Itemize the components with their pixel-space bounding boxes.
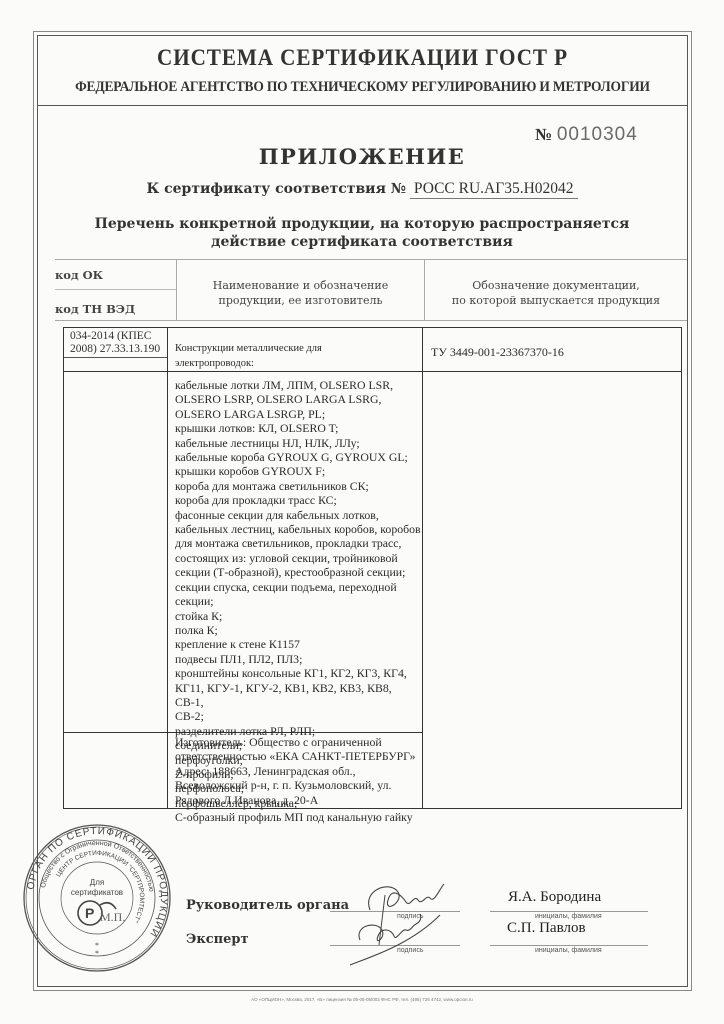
header-product-name-line1: Наименование и обозначение <box>177 278 424 293</box>
manufacturer-line: Всеволожский р-н, г. п. Кузьмоловский, у… <box>175 778 421 792</box>
expert-name-caption: инициалы, фамилия <box>535 947 602 954</box>
head-label: Руководитель органа <box>186 898 349 913</box>
header-product-name: Наименование и обозначение продукции, ее… <box>177 278 424 308</box>
agency-name: ФЕДЕРАЛЬНОЕ АГЕНТСТВО ПО ТЕХНИЧЕСКОМУ РЕ… <box>60 79 665 96</box>
number-sign: № <box>535 125 552 144</box>
header-product-name-line2: продукции, ее изготовитель <box>177 293 424 308</box>
product-table: 034-2014 (КПЕС 2008) 27.33.13.190 Констр… <box>63 327 682 809</box>
certificate-reference: К сертификату соответствия № РОСС RU.АГ3… <box>0 180 724 199</box>
product-line: фасонные секции для кабельных лотков, <box>175 508 421 522</box>
product-line: состоящих из: угловой секции, тройниково… <box>175 551 421 565</box>
list-title-line1: Перечень конкретной продукции, на котору… <box>0 215 724 233</box>
expert-label: Эксперт <box>186 932 249 947</box>
manufacturer-line: Изготовитель: Общество с ограниченной <box>175 735 421 749</box>
printer-footer: АО «ОПЦИОН», Москва, 2017, «Б» лицензия … <box>0 997 724 1002</box>
expert-name-line <box>490 945 648 946</box>
manufacturer-line: ответственностью «ЕКА САНКТ-ПЕТЕРБУРГ» <box>175 749 421 763</box>
product-line: короба для монтажа светильников СК; <box>175 479 421 493</box>
system-title: СИСТЕМА СЕРТИФИКАЦИИ ГОСТ Р <box>63 45 662 71</box>
seal-center-line1: Для <box>90 878 104 887</box>
seal-center-line2: сертификатов <box>71 888 123 897</box>
product-line: кабельных лестниц, кабельных коробов, ко… <box>175 522 421 536</box>
product-line: СВ-2; <box>175 709 421 723</box>
okpd-code-line1: 034-2014 (КПЕС <box>70 330 166 343</box>
head-name-line <box>490 911 648 912</box>
manufacturer-line: Адрес: 188663, Ленинградская обл., <box>175 764 421 778</box>
expert-name: С.П. Павлов <box>507 920 586 937</box>
product-line: кабельные лестницы НЛ, НЛК, ЛЛу; <box>175 436 421 450</box>
product-line: секции (Т-образной), крестообразной секц… <box>175 565 421 579</box>
product-line: секции; <box>175 594 421 608</box>
header-documentation-line1: Обозначение документации, <box>425 278 687 293</box>
header-documentation-line2: по которой выпускается продукция <box>425 293 687 308</box>
product-line: для монтажа светильников, прокладки трас… <box>175 536 421 550</box>
head-name-caption: инициалы, фамилия <box>535 913 602 920</box>
header-code-divider <box>55 289 176 290</box>
head-name: Я.А. Бородина <box>508 889 601 906</box>
svg-text:Р: Р <box>85 905 94 921</box>
product-line: секции спуска, секции подъема, переходно… <box>175 580 421 594</box>
product-line: короба для прокладки трасс КС; <box>175 493 421 507</box>
product-group: Конструкции металлические для электропро… <box>175 341 415 371</box>
product-line: кабельные лотки ЛМ, ЛПМ, OLSERO LSR, <box>175 378 421 392</box>
product-line: крышки коробов GYROUX F; <box>175 464 421 478</box>
product-line: кабельные короба GYROUX G, GYROUX GL; <box>175 450 421 464</box>
doc-designation: ТУ 3449-001-23367370-16 <box>431 345 564 360</box>
handwritten-signatures <box>330 870 470 970</box>
certificate-label: К сертификату соответствия № <box>146 181 406 197</box>
doc-column-divider <box>422 328 423 808</box>
okpd-code: 034-2014 (КПЕС 2008) 27.33.13.190 <box>70 330 166 356</box>
list-title-line2: действие сертификата соответствия <box>0 233 724 251</box>
product-line: OLSERO LARGA LSRGP, PL; <box>175 407 421 421</box>
product-line: стойка К; <box>175 609 421 623</box>
product-line: КГ11, КГУ-1, КГУ-2, КВ1, КВ2, КВ3, КВ8, … <box>175 681 421 710</box>
form-number: № 0010304 <box>535 124 638 146</box>
header-divider <box>37 105 688 106</box>
certificate-number: РОСС RU.АГ35.Н02042 <box>410 180 578 199</box>
certification-seal: ОРГАН ПО СЕРТИФИКАЦИИ ПРОДУКЦИИ Общество… <box>22 823 172 973</box>
product-line: полка К; <box>175 623 421 637</box>
stamp-mark: М.П. <box>100 910 125 924</box>
product-line: С-образный профиль МП под канальную гайк… <box>175 810 421 824</box>
product-line: кронштейны консольные КГ1, КГ2, КГ3, КГ4… <box>175 666 421 680</box>
product-group-line1: Конструкции металлические для <box>175 341 415 356</box>
table-header: код ОК код ТН ВЭД Наименование и обознач… <box>55 259 687 321</box>
header-code-ok: код ОК <box>55 268 175 298</box>
product-line: подвесы ПЛ1, ПЛ2, ПЛ3; <box>175 652 421 666</box>
product-line: крепление к стене К1157 <box>175 637 421 651</box>
code-row-divider <box>64 357 167 358</box>
form-number-value: 0010304 <box>557 124 638 145</box>
header-documentation: Обозначение документации, по которой вып… <box>425 278 687 308</box>
svg-text:*: * <box>95 949 99 958</box>
document-title: ПРИЛОЖЕНИЕ <box>0 144 724 169</box>
product-line: OLSERO LSRP, OLSERO LARGA LSRG, <box>175 392 421 406</box>
code-column <box>64 328 168 808</box>
product-group-line2: электропроводок: <box>175 356 415 371</box>
list-title: Перечень конкретной продукции, на котору… <box>0 215 724 251</box>
row-divider-1 <box>64 371 681 372</box>
manufacturer-info: Изготовитель: Общество с ограниченнойотв… <box>175 735 421 807</box>
product-line: крышки лотков: КЛ, OLSERO T; <box>175 421 421 435</box>
okpd-code-line2: 2008) 27.33.13.190 <box>70 343 166 356</box>
manufacturer-line: Рядового Л.Иванова, д. 20-А <box>175 793 421 807</box>
